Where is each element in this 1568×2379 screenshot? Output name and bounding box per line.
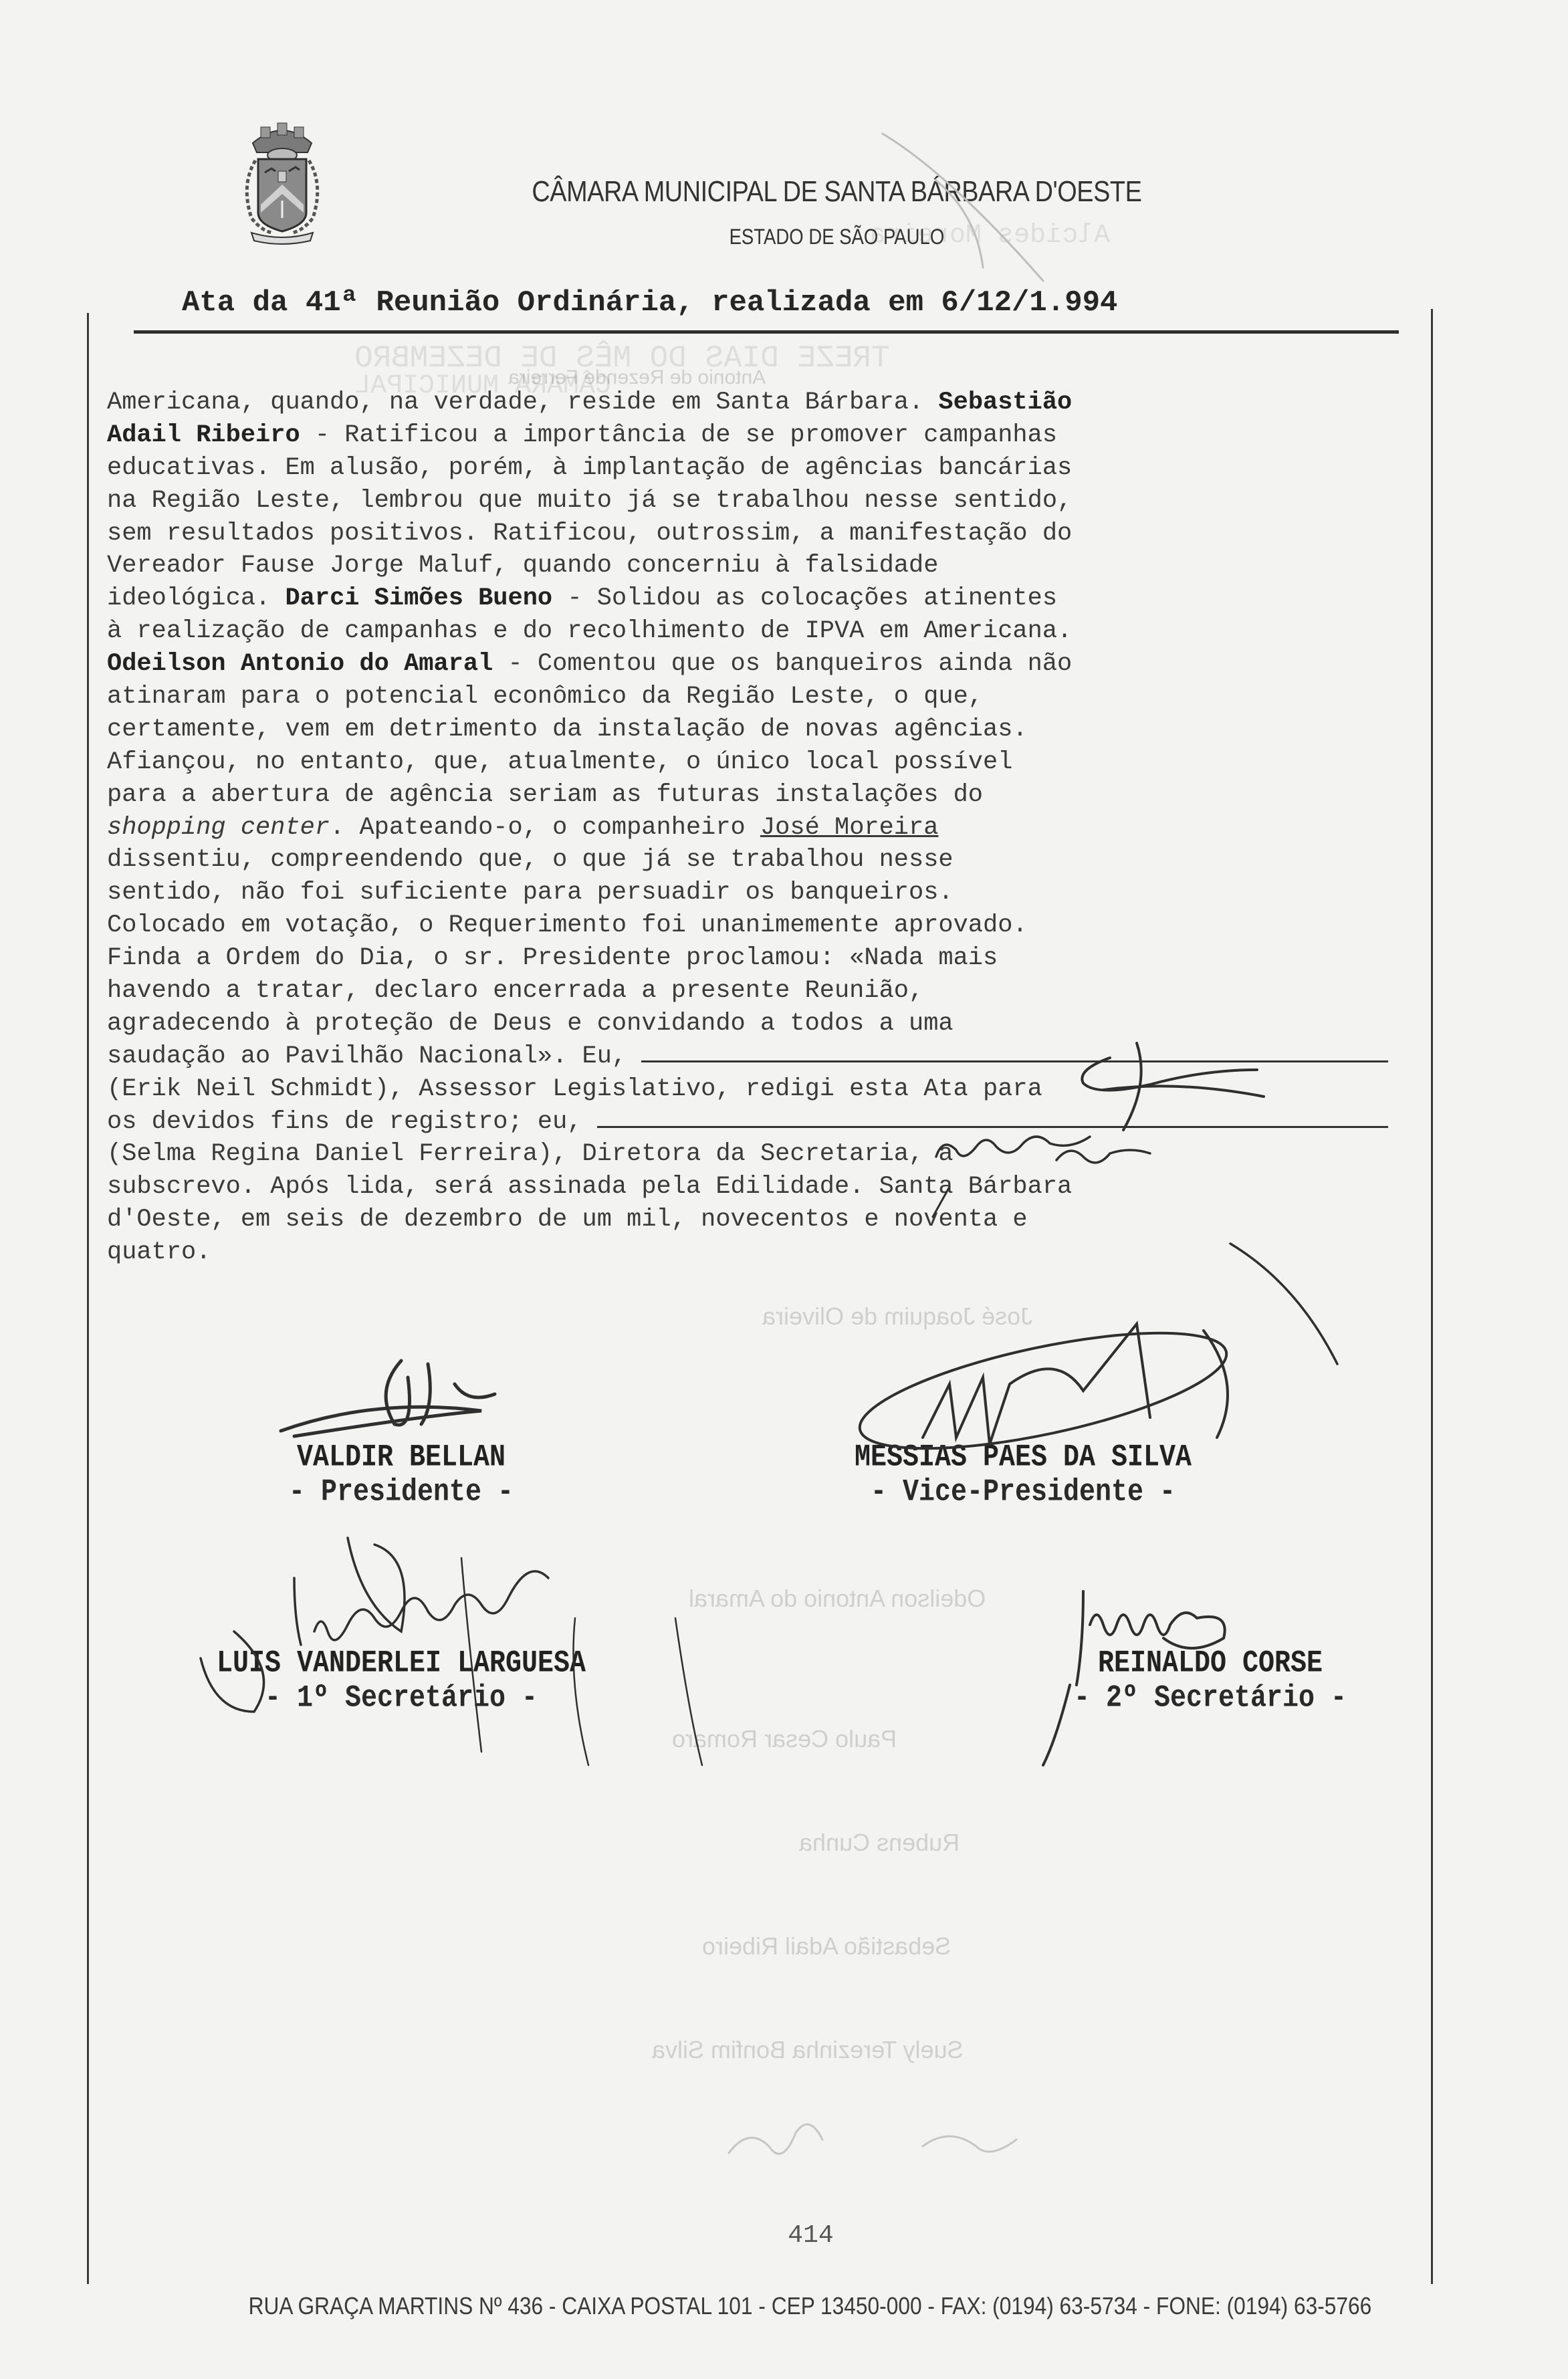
minutes-line: quatro. bbox=[107, 1236, 1391, 1269]
bleed-through-name: Sebastião Adail Ribeiro bbox=[702, 1932, 951, 1960]
signatory-role: - 2º Secretário - bbox=[990, 1682, 1431, 1716]
speaker-name: Adail Ribeiro bbox=[107, 421, 300, 449]
italic-term: shopping center bbox=[107, 814, 330, 842]
bleed-through-name: Rubens Cunha bbox=[799, 1829, 960, 1857]
minutes-line: sem resultados positivos. Ratificou, out… bbox=[107, 518, 1391, 550]
speaker-name: Sebastião bbox=[938, 388, 1072, 417]
text-run: (Erik Neil Schmidt), Assessor Legislativ… bbox=[107, 1075, 1042, 1103]
text-run: ideológica. bbox=[107, 584, 285, 612]
text-run: quatro. bbox=[107, 1238, 211, 1266]
minutes-line: para a abertura de agência seriam as fut… bbox=[107, 779, 1391, 812]
underlined-name: José Moreira bbox=[760, 814, 938, 842]
signature-blank-line bbox=[597, 1106, 1388, 1128]
text-run: - Solidou as colocações atinentes bbox=[552, 584, 1057, 612]
minutes-line: Afiançou, no entanto, que, atualmente, o… bbox=[107, 746, 1391, 779]
signature-blank-line bbox=[641, 1040, 1388, 1062]
text-run: sentido, não foi suficiente para persuad… bbox=[107, 879, 954, 907]
page-border-left bbox=[87, 313, 89, 2284]
speaker-name: Odeilson Antonio do Amaral bbox=[107, 650, 493, 678]
text-run: à realização de campanhas e do recolhime… bbox=[107, 617, 1072, 645]
signatory-name: LUIS VANDERLEI LARGUESA bbox=[194, 1647, 608, 1682]
minutes-line: Vereador Fause Jorge Maluf, quando conce… bbox=[107, 550, 1391, 582]
text-run: d'Oeste, em seis de dezembro de um mil, … bbox=[107, 1206, 1028, 1234]
footer-address: RUA GRAÇA MARTINS Nº 436 - CAIXA POSTAL … bbox=[185, 2292, 1435, 2320]
page-border-right bbox=[1431, 309, 1433, 2284]
text-run: - Comentou que os banqueiros ainda não bbox=[493, 650, 1072, 678]
minutes-line: havendo a tratar, declaro encerrada a pr… bbox=[107, 975, 1391, 1008]
minutes-line: Finda a Ordem do Dia, o sr. Presidente p… bbox=[107, 942, 1391, 975]
minutes-line: Adail Ribeiro - Ratificou a importância … bbox=[107, 419, 1391, 452]
text-run: Colocado em votação, o Requerimento foi … bbox=[107, 911, 1028, 939]
minutes-line: shopping center. Apateando-o, o companhe… bbox=[107, 812, 1391, 844]
text-run: (Selma Regina Daniel Ferreira), Diretora… bbox=[107, 1140, 954, 1168]
text-run: sem resultados positivos. Ratificou, out… bbox=[107, 520, 1072, 548]
minutes-line: Colocado em votação, o Requerimento foi … bbox=[107, 909, 1391, 942]
minutes-line: saudação ao Pavilhão Nacional». Eu, bbox=[107, 1040, 1391, 1073]
signatory-role: - Presidente - bbox=[194, 1476, 608, 1510]
speaker-name: Darci Simões Bueno bbox=[285, 584, 552, 612]
minutes-line: ideológica. Darci Simões Bueno - Solidou… bbox=[107, 582, 1391, 615]
minutes-line: agradecendo à proteção de Deus e convida… bbox=[107, 1008, 1391, 1040]
page-number: 414 bbox=[0, 2221, 1568, 2250]
signatory-role: - 1º Secretário - bbox=[194, 1682, 608, 1716]
minutes-line: (Selma Regina Daniel Ferreira), Diretora… bbox=[107, 1138, 1391, 1171]
minutes-line: na Região Leste, lembrou que muito já se… bbox=[107, 485, 1391, 518]
text-run: agradecendo à proteção de Deus e convida… bbox=[107, 1010, 954, 1038]
minutes-line: educativas. Em alusão, porém, à implanta… bbox=[107, 452, 1391, 485]
minutes-line: d'Oeste, em seis de dezembro de um mil, … bbox=[107, 1204, 1391, 1236]
minutes-line: os devidos fins de registro; eu, bbox=[107, 1106, 1391, 1139]
minutes-heading: Ata da 41ª Reunião Ordinária, realizada … bbox=[134, 286, 1397, 320]
text-run: para a abertura de agência seriam as fut… bbox=[107, 781, 983, 809]
text-run: na Região Leste, lembrou que muito já se… bbox=[107, 487, 1072, 515]
bleed-through-name: José Joaquim de Oliveira bbox=[762, 1302, 1032, 1331]
text-run: Vereador Fause Jorge Maluf, quando conce… bbox=[107, 552, 938, 580]
bleed-through-text: Antonio de Rezende Ferreira bbox=[508, 366, 766, 389]
signatory-name: REINALDO CORSE bbox=[990, 1647, 1431, 1682]
minutes-line: à realização de campanhas e do recolhime… bbox=[107, 615, 1391, 648]
minutes-line: (Erik Neil Schmidt), Assessor Legislativ… bbox=[107, 1073, 1391, 1106]
text-run: havendo a tratar, declaro encerrada a pr… bbox=[107, 977, 923, 1005]
bleed-through-name: Odeilson Antonio do Amaral bbox=[689, 1585, 986, 1613]
heading-underline bbox=[134, 330, 1399, 334]
text-run: certamente, vem em detrimento da instala… bbox=[107, 715, 1028, 744]
minutes-line: dissentiu, compreendendo que, o que já s… bbox=[107, 844, 1391, 877]
text-run: dissentiu, compreendendo que, o que já s… bbox=[107, 846, 954, 874]
text-run: - Ratificou a importância de se promover… bbox=[300, 421, 1057, 449]
minutes-line: atinaram para o potencial econômico da R… bbox=[107, 681, 1391, 713]
minutes-line: subscrevo. Após lida, será assinada pela… bbox=[107, 1171, 1391, 1204]
minutes-body: Americana, quando, na verdade, reside em… bbox=[107, 386, 1391, 1269]
signatory-name: VALDIR BELLAN bbox=[194, 1441, 608, 1476]
text-run: Finda a Ordem do Dia, o sr. Presidente p… bbox=[107, 944, 998, 972]
text-run: subscrevo. Após lida, será assinada pela… bbox=[107, 1173, 1072, 1201]
signatory-role: - Vice-Presidente - bbox=[789, 1476, 1257, 1510]
text-run: . Apateando-o, o companheiro bbox=[330, 814, 760, 842]
text-run: os devidos fins de registro; eu, bbox=[107, 1108, 597, 1136]
organization-state: ESTADO DE SÃO PAULO bbox=[118, 225, 1466, 249]
minutes-line: Odeilson Antonio do Amaral - Comentou qu… bbox=[107, 648, 1391, 681]
minutes-line: sentido, não foi suficiente para persuad… bbox=[107, 877, 1391, 909]
organization-name: CÂMARA MUNICIPAL DE SANTA BÁRBARA D'OEST… bbox=[118, 175, 1466, 209]
signatory-name: MESSIAS PAES DA SILVA bbox=[789, 1441, 1257, 1476]
minutes-line: certamente, vem em detrimento da instala… bbox=[107, 713, 1391, 746]
text-run: atinaram para o potencial econômico da R… bbox=[107, 683, 983, 711]
bleed-through-name: Paulo Cesar Romaro bbox=[672, 1725, 897, 1753]
text-run: saudação ao Pavilhão Nacional». Eu, bbox=[107, 1042, 641, 1070]
text-run: educativas. Em alusão, porém, à implanta… bbox=[107, 454, 1072, 482]
text-run: Afiançou, no entanto, que, atualmente, o… bbox=[107, 748, 1012, 776]
bleed-through-name: Suely Terezinha Bonfim Silva bbox=[652, 2036, 964, 2064]
minutes-line: Americana, quando, na verdade, reside em… bbox=[107, 386, 1391, 419]
text-run: Americana, quando, na verdade, reside em… bbox=[107, 388, 938, 417]
